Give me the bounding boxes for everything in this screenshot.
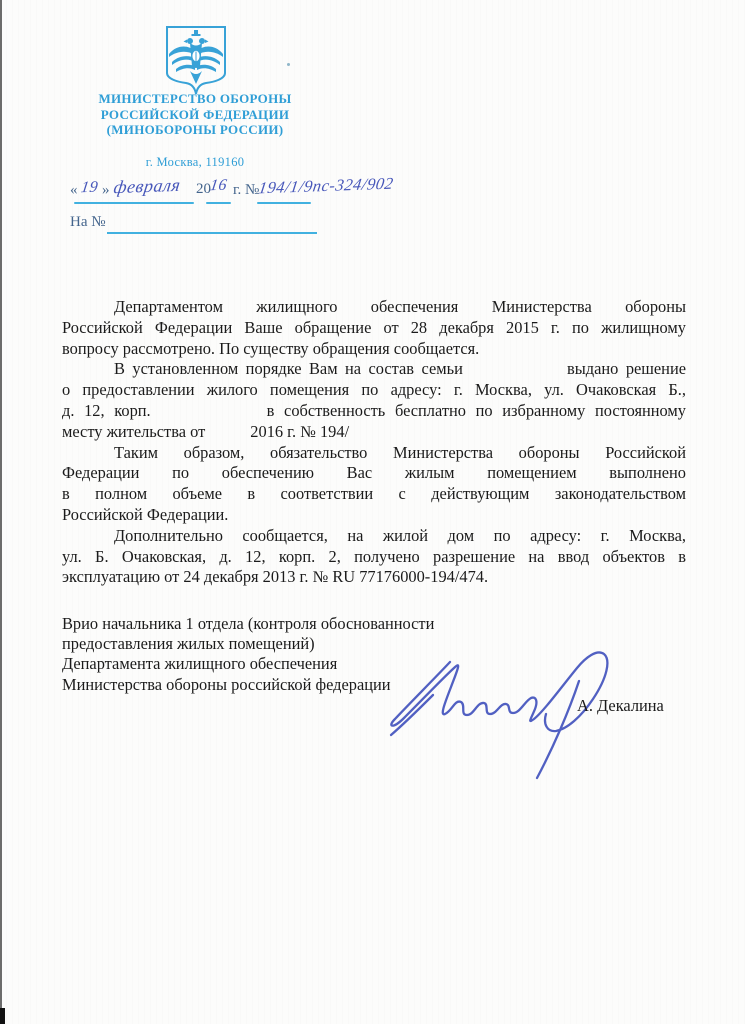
body-line: Дополнительно сообщается, на жилой дом п…: [62, 526, 686, 547]
handwritten-month: февраля: [112, 175, 182, 198]
scan-corner-artifact: [0, 1008, 5, 1024]
handwritten-day: 19: [80, 179, 100, 198]
open-quote: «: [70, 182, 78, 199]
handwritten-outgoing-number: 194/1/9пс-324/902: [257, 174, 395, 199]
letterhead-org-name: МИНИСТЕРСТВО ОБОРОНЫ РОССИЙСКОЙ ФЕДЕРАЦИ…: [78, 91, 312, 138]
body-line: вопросу рассмотрено. По существу обращен…: [62, 339, 686, 360]
body-line: Департаментом жилищного обеспечения Мини…: [62, 297, 686, 318]
body-line: д. 12, корп. в собственность бесплатно п…: [62, 401, 686, 422]
reply-label: На №: [70, 214, 106, 231]
body-line: Таким образом, обязательство Министерств…: [62, 443, 686, 464]
org-name-line3: (МИНОБОРОНЫ РОССИИ): [78, 122, 312, 138]
signer-name: А. Декалина: [577, 696, 664, 716]
body-line: эксплуатацию от 24 декабря 2013 г. № RU …: [62, 567, 686, 588]
printed-number-label: г. №: [233, 182, 259, 199]
close-quote: »: [102, 182, 110, 199]
body-line: в полном объеме в соответствии с действу…: [62, 484, 686, 505]
reference-line: « 19 » февраля 20 16 г. № 194/1/9пс-324/…: [0, 178, 745, 208]
signer-title-line: Врио начальника 1 отдела (контроля обосн…: [62, 614, 686, 634]
year-underline: [206, 202, 231, 204]
document-page: МИНИСТЕРСТВО ОБОРОНЫ РОССИЙСКОЙ ФЕДЕРАЦИ…: [0, 0, 745, 1024]
body-line: Федерации по обеспечению Вас жилым помещ…: [62, 463, 686, 484]
org-name-line1: МИНИСТЕРСТВО ОБОРОНЫ: [78, 91, 312, 107]
body-line: месту жительства от 2016 г. № 194/: [62, 422, 686, 443]
date-underline: [74, 202, 194, 204]
letter-body: Департаментом жилищного обеспечения Мини…: [62, 297, 686, 588]
body-line: В установленном порядке Вам на состав се…: [62, 359, 686, 380]
scan-speck: [287, 63, 290, 66]
body-line: Российской Федерации Ваше обращение от 2…: [62, 318, 686, 339]
handwritten-year: 16: [209, 177, 229, 196]
number-underline: [257, 202, 311, 204]
body-line: о предоставлении жилого помещения по адр…: [62, 380, 686, 401]
reply-reference-line: На №: [0, 212, 745, 238]
body-line: Российской Федерации.: [62, 505, 686, 526]
city-postcode-line: г. Москва, 119160: [78, 155, 312, 170]
org-name-line2: РОССИЙСКОЙ ФЕДЕРАЦИИ: [78, 107, 312, 123]
body-line: ул. Б. Очаковская, д. 12, корп. 2, получ…: [62, 547, 686, 568]
scan-edge-artifact: [0, 0, 2, 1024]
reply-underline: [107, 232, 317, 234]
